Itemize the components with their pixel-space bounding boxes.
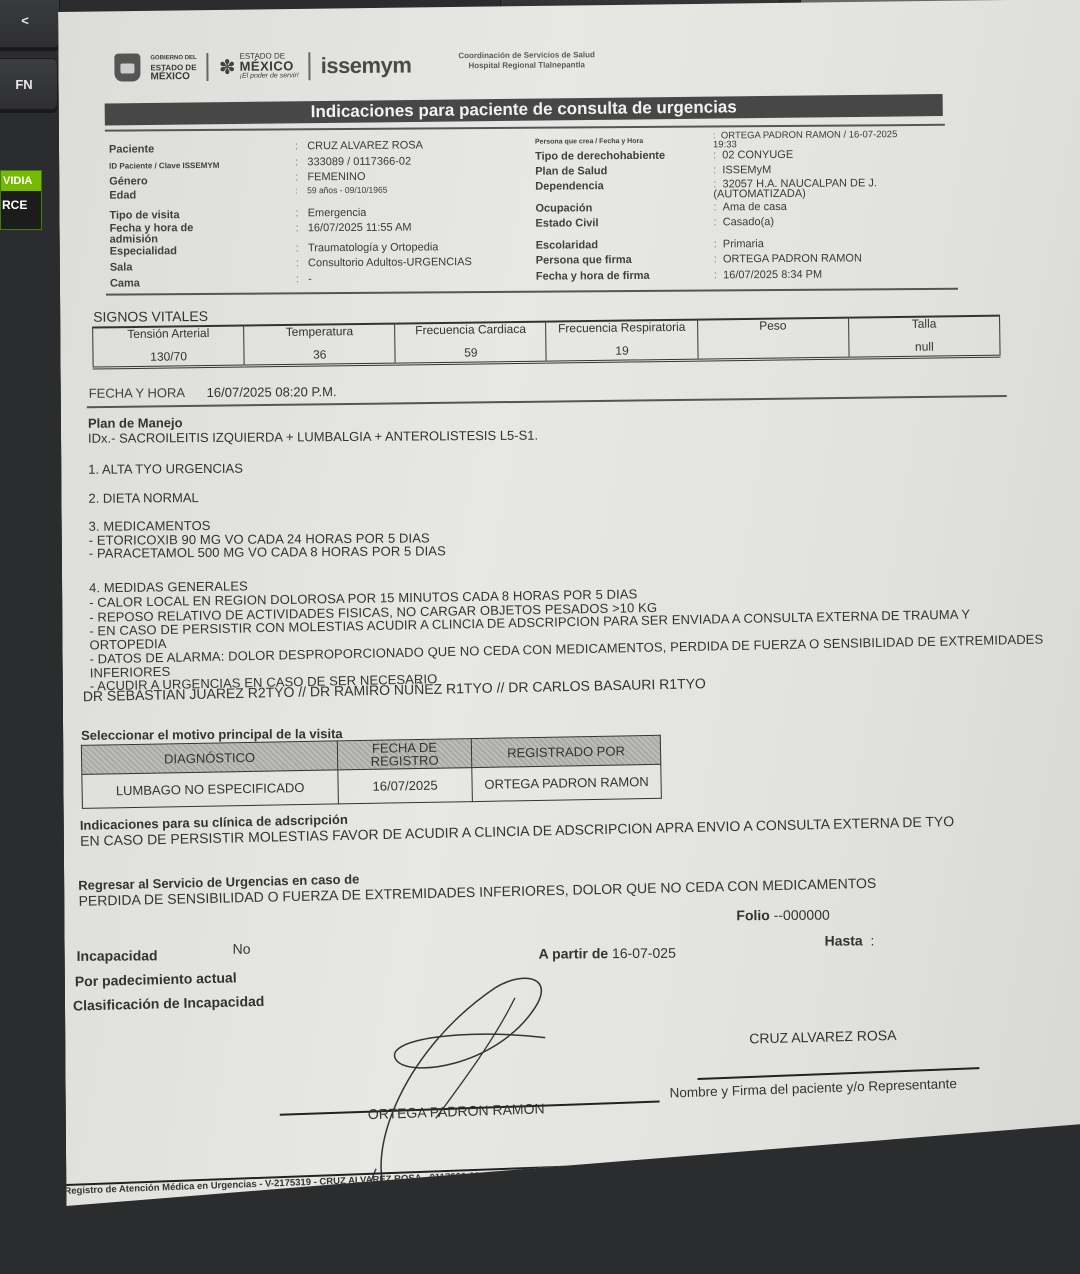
label: Ocupación: [535, 202, 592, 214]
value: Ama de casa: [723, 201, 787, 213]
footer-print-date: 16/07/25 07:34 PM: [64, 1219, 145, 1231]
info-row-ocupacion: Ocupación: [535, 202, 592, 214]
hasta-label: Hasta: [824, 932, 862, 948]
a-partir-label: A partir de: [539, 945, 609, 961]
value-especialidad: : Traumatología y Ortopedia: [296, 241, 439, 254]
diagnosis-header: DIAGNÓSTICO: [81, 741, 337, 774]
vitals-value-fr: 19: [546, 342, 697, 362]
label: Cama: [110, 277, 140, 289]
state-shield-icon: [114, 53, 140, 81]
info-row-cama: Cama: [110, 277, 140, 289]
value-fecha-firma: : 16/07/2025 8:34 PM: [714, 269, 822, 282]
hasta: Hasta :: [824, 932, 874, 948]
value-cama: : -: [296, 273, 312, 285]
gob-line3: MÉXICO: [150, 72, 196, 81]
diagnosis-header: FECHA DE REGISTRO: [337, 739, 471, 770]
medical-document: GOBIERNO DEL ESTADO DE MÉXICO ✽ ESTADO D…: [58, 0, 1080, 1206]
vitals-value-peso: [697, 340, 848, 360]
diagnosis-cell: LUMBAGO NO ESPECIFICADO: [82, 770, 339, 808]
info-row-genero: Género: [109, 175, 148, 187]
regresar-section: Regresar al Servicio de Urgencias en cas…: [78, 860, 876, 909]
label: Persona que crea / Fecha y Hora: [535, 138, 643, 146]
edomex-logo: ✽ ESTADO DE MÉXICO ¡El poder de servir!: [219, 51, 299, 82]
value: Casado(a): [723, 216, 774, 228]
label: Fecha y hora de firma: [536, 270, 650, 283]
label: Género: [109, 175, 148, 187]
info-row-sala: Sala: [110, 261, 133, 273]
value-dependencia: : 32057 H.A. NAUCALPAN DE J. (AUTOMATIZA…: [713, 178, 913, 199]
info-row-persona-firma: Persona que firma: [536, 254, 632, 267]
value: Emergencia: [308, 207, 367, 219]
padecimiento-actual: Por padecimiento actual: [75, 969, 237, 989]
label: Estado Civil: [535, 217, 598, 229]
info-row-especialidad: Especialidad: [110, 245, 177, 257]
value-escolaridad: : Primaria: [714, 238, 764, 250]
edomex-big: MÉXICO: [240, 61, 299, 71]
value: 59 años - 09/10/1965: [307, 185, 387, 196]
diagnosis-table: DIAGNÓSTICO FECHA DE REGISTRO REGISTRADO…: [81, 735, 662, 809]
info-row-estado-civil: Estado Civil: [535, 217, 598, 229]
value-derechohabiente: : 02 CONYUGE: [713, 149, 793, 162]
value: Consultorio Adultos-URGENCIAS: [308, 256, 472, 269]
label: Persona que firma: [536, 254, 632, 267]
coord-line2: Hospital Regional Tlalnepantla: [458, 60, 595, 71]
a-partir-value: 16-07-025: [612, 945, 676, 961]
info-row-fecha-firma: Fecha y hora de firma: [536, 270, 650, 283]
coordination-header: Coordinación de Servicios de Salud Hospi…: [458, 50, 595, 71]
value-tipo-visita: : Emergencia: [295, 207, 366, 219]
value-persona-crea: : ORTEGA PADRON RAMON / 16-07-2025 19:33: [713, 130, 923, 149]
diagnosis-cell: ORTEGA PADRON RAMON: [472, 764, 662, 801]
patient-signature-name: CRUZ ALVAREZ ROSA: [749, 1027, 897, 1047]
issemym-logo: issemym: [321, 53, 412, 80]
label: Paciente: [109, 143, 154, 155]
info-row-tipo-visita: Tipo de visita: [109, 209, 179, 221]
plan-item-2: 2. DIETA NORMAL: [88, 484, 1048, 506]
value: -: [308, 273, 312, 285]
folio: Folio --000000: [736, 907, 829, 924]
fecha-hora-label: FECHA Y HORA: [89, 385, 185, 401]
patient-signature-label: Nombre y Firma del paciente y/o Represen…: [669, 1076, 957, 1101]
vitals-value-talla: null: [849, 338, 1000, 358]
value-edad: : 59 años - 09/10/1965: [295, 185, 387, 196]
logo-divider: [309, 52, 311, 80]
info-row-admision: Fecha y hora de admisión: [110, 223, 220, 246]
info-row-escolaridad: Escolaridad: [536, 239, 598, 251]
info-row-id: ID Paciente / Clave ISSEMYM: [109, 159, 219, 172]
diagnosis-header: REGISTRADO POR: [471, 735, 660, 767]
value-estado-civil: : Casado(a): [713, 216, 774, 228]
footer-record: Registro de Atención Médica en Urgencias…: [64, 1171, 486, 1197]
vitals-header: Temperatura: [244, 324, 395, 348]
label: Plan de Salud: [535, 165, 607, 178]
handwritten-signature-icon: [325, 967, 647, 1229]
info-row-derechohabiente: Tipo de derechohabiente: [535, 150, 665, 163]
gob-line1: GOBIERNO DEL: [150, 54, 196, 63]
value: ORTEGA PADRON RAMON: [723, 252, 862, 265]
vitals-header: Frecuencia Respiratoria: [546, 320, 697, 344]
info-row-plan-salud: Plan de Salud: [535, 165, 607, 178]
value-plan-salud: : ISSEMyM: [713, 164, 771, 176]
label: Fecha y hora de admisión: [110, 222, 194, 246]
a-partir-de: A partir de 16-07-025: [539, 945, 676, 962]
value: Primaria: [723, 238, 764, 250]
value-sala: : Consultorio Adultos-URGENCIAS: [296, 256, 472, 269]
gobierno-logo-text: GOBIERNO DEL ESTADO DE MÉXICO: [150, 54, 197, 81]
edomex-bird-icon: ✽: [219, 54, 236, 79]
diagnosis-cell: 16/07/2025: [338, 768, 473, 804]
label: Tipo de visita: [109, 209, 179, 221]
vitals-header: Frecuencia Cardiaca: [395, 322, 546, 346]
plan-de-manejo: Plan de Manejo IDx.- SACROILEITIS IZQUIE…: [88, 409, 1050, 686]
incapacidad-label-text: Incapacidad: [77, 947, 158, 964]
keyboard-key-fn: FN: [0, 58, 58, 110]
vitals-value-fc: 59: [395, 344, 546, 364]
info-row-persona-crea: Persona que crea / Fecha y Hora: [535, 134, 643, 147]
fecha-hora-value: 16/07/2025 08:20 P.M.: [207, 384, 337, 400]
value-persona-firma: : ORTEGA PADRON RAMON: [714, 252, 862, 265]
key-label: FN: [15, 77, 32, 92]
value: ISSEMyM: [722, 164, 771, 176]
vitals-header: Tensión Arterial: [93, 326, 244, 350]
vitals-header: Talla: [848, 316, 999, 340]
label: Edad: [109, 189, 136, 201]
key-label: <: [21, 13, 29, 28]
folio-label: Folio: [736, 907, 770, 923]
folio-value: --000000: [774, 907, 830, 923]
incapacidad-value: No: [233, 941, 251, 957]
nvidia-sticker: VIDIA RCE: [0, 170, 42, 230]
value-admision: : 16/07/2025 11:55 AM: [296, 222, 412, 235]
value: 333089 / 0117366-02: [307, 156, 411, 169]
label: Especialidad: [110, 245, 177, 257]
fecha-hora: FECHA Y HORA 16/07/2025 08:20 P.M.: [89, 384, 337, 401]
value: CRUZ ALVAREZ ROSA: [307, 139, 423, 152]
vitals-table: Tensión Arterial Temperatura Frecuencia …: [92, 315, 1000, 369]
info-row-paciente: Paciente: [109, 143, 154, 155]
info-row-edad: Edad: [109, 189, 136, 201]
label: Tipo de derechohabiente: [535, 150, 665, 163]
edomex-slogan: ¡El poder de servir!: [240, 71, 299, 81]
value: 32057 H.A. NAUCALPAN DE J. (AUTOMATIZADA…: [713, 177, 877, 200]
value: Traumatología y Ortopedia: [308, 241, 439, 254]
keyboard-key-less-than: <: [0, 0, 60, 48]
plan-item-1: 1. ALTA TYO URGENCIAS: [88, 455, 1048, 477]
header-logos: GOBIERNO DEL ESTADO DE MÉXICO ✽ ESTADO D…: [114, 50, 411, 84]
value: 16/07/2025 11:55 AM: [308, 222, 412, 235]
vitals-header: Peso: [697, 318, 848, 342]
label: Dependencia: [535, 180, 604, 192]
label: ID Paciente / Clave ISSEMYM: [109, 161, 219, 171]
vitals-value-temperatura: 36: [244, 346, 395, 366]
value-paciente: : CRUZ ALVAREZ ROSA: [295, 139, 423, 152]
value-genero: : FEMENINO: [295, 171, 365, 183]
vitals-value-tension: 130/70: [93, 348, 244, 368]
divider: [106, 288, 958, 296]
value: ORTEGA PADRON RAMON / 16-07-2025 19:33: [713, 129, 897, 150]
label: Sala: [110, 261, 133, 273]
nvidia-sticker-top: VIDIA: [1, 171, 41, 191]
vitals-title: SIGNOS VITALES: [93, 308, 208, 325]
doctor-signature-name: ORTEGA PADRON RAMON: [368, 1100, 545, 1122]
value-id: : 333089 / 0117366-02: [295, 156, 411, 169]
logo-divider: [207, 53, 209, 81]
nvidia-sticker-bottom: RCE: [1, 191, 41, 219]
value-ocupacion: : Ama de casa: [713, 201, 786, 214]
label: Escolaridad: [536, 239, 598, 251]
value: 02 CONYUGE: [722, 149, 793, 161]
value: 16/07/2025 8:34 PM: [723, 269, 822, 282]
incapacidad-label: Incapacidad: [77, 947, 158, 964]
info-row-dependencia: Dependencia: [535, 180, 604, 192]
hasta-value: :: [870, 932, 874, 948]
document-title: Indicaciones para paciente de consulta d…: [105, 94, 943, 126]
value: FEMENINO: [307, 171, 365, 183]
clasificacion-incapacidad: Clasificación de Incapacidad: [73, 993, 265, 1014]
footer-page-number: Pagina 1 / 2: [568, 1186, 620, 1197]
